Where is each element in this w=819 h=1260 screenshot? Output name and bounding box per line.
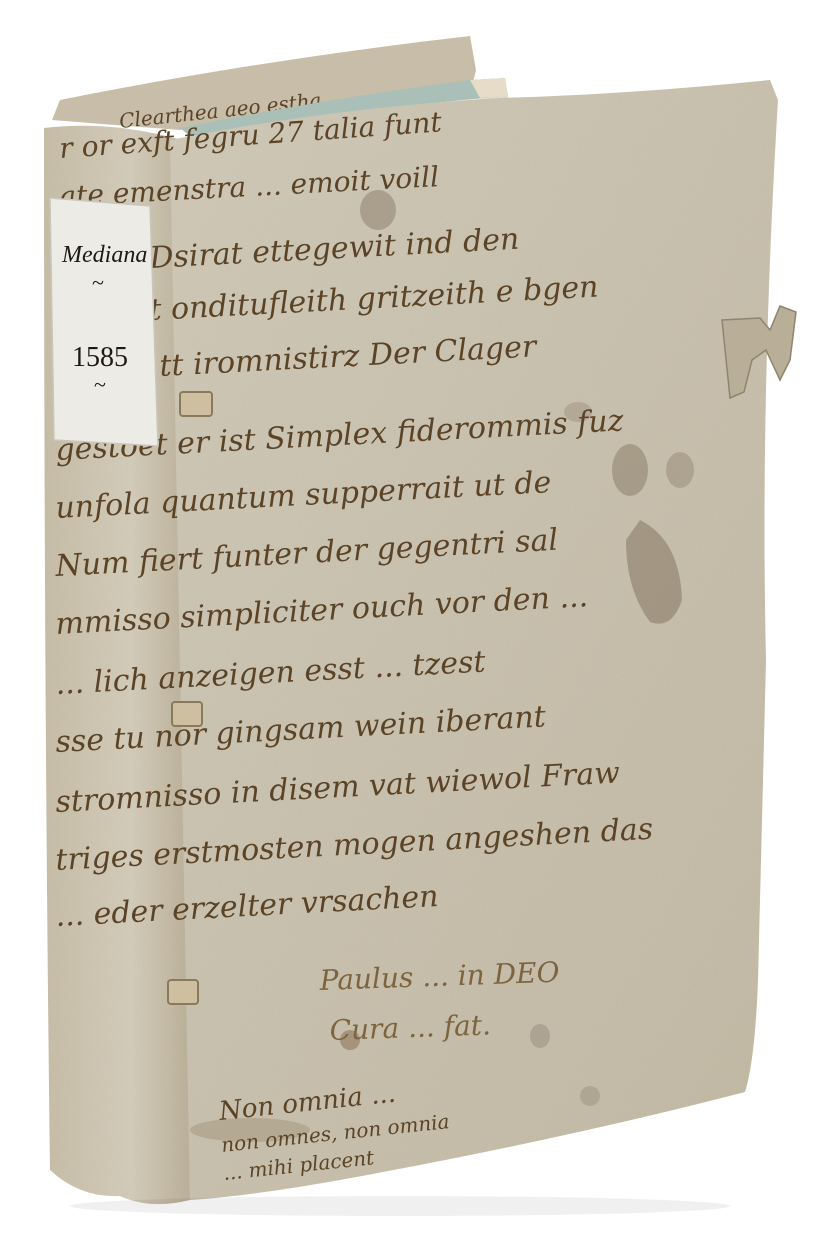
- spine-label-title: Mediana: [61, 242, 147, 268]
- spine-label: Mediana ~ 1585 ~: [50, 198, 158, 446]
- spine-label-year-mark: ~: [94, 372, 106, 397]
- svg-text:Cura ... fat.: Cura ... fat.: [329, 1008, 491, 1047]
- shadow: [70, 1196, 730, 1216]
- spine-label-year: 1585: [72, 342, 128, 373]
- spine-label-title-mark: ~: [92, 270, 104, 295]
- book-photo: Clearthea aeo estha ... r or exft fegru …: [0, 0, 819, 1260]
